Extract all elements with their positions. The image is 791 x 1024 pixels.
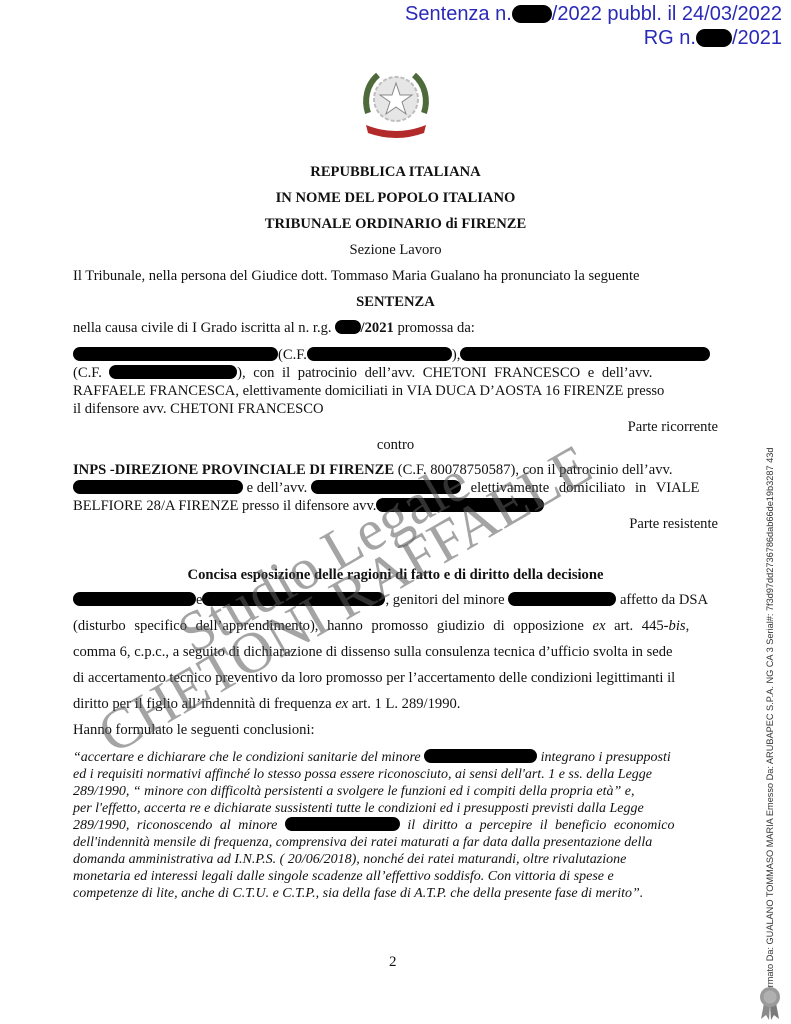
italian-republic-emblem-icon (356, 63, 436, 143)
body-line-1: e, genitori del minore affetto da DSA (73, 591, 718, 609)
parte-resistente-label: Parte resistente (73, 515, 718, 533)
page-number: 2 (389, 954, 397, 971)
body-line-5: diritto per il figlio all’indennità di f… (73, 695, 718, 713)
digital-signature-seal-icon[interactable] (757, 985, 783, 1021)
ricorrente-line-4: il difensore avv. CHETONI FRANCESCO (73, 400, 718, 418)
title-sentenza: SENTENZA (73, 293, 718, 311)
section-title: Concisa esposizione delle ragioni di fat… (73, 566, 718, 584)
quote-line-6: dell'indennità mensile di frequenza, com… (73, 834, 718, 852)
redaction (285, 817, 400, 831)
sentenza-header: Sentenza n./2022 pubbl. il 24/03/2022 (405, 3, 782, 25)
quote-line-2: ed i requisiti normativi affinché lo ste… (73, 766, 718, 784)
ricorrente-line-1: (C.F.), (73, 346, 718, 364)
body-line-2: (disturbo specifico dell’apprendimento),… (73, 617, 718, 635)
parte-ricorrente-label: Parte ricorrente (73, 418, 718, 436)
rg-header: RG n./2021 (644, 27, 782, 49)
redaction (307, 347, 452, 361)
redaction (376, 498, 544, 512)
rg-prefix: RG n. (644, 27, 696, 49)
title-tribunale: TRIBUNALE ORDINARIO di FIRENZE (73, 215, 718, 233)
redaction (424, 749, 537, 763)
intro-text: Il Tribunale, nella persona del Giudice … (73, 267, 718, 285)
sentenza-prefix: Sentenza n. (405, 3, 512, 25)
redaction (73, 347, 278, 361)
body-line-4: di accertamento tecnico preventivo da lo… (73, 669, 718, 687)
digital-signature-strip: Firmato Da: GUALANO TOMMASO MARIA Emesso… (765, 448, 775, 995)
redaction (335, 320, 361, 334)
title-in-nome: IN NOME DEL POPOLO ITALIANO (73, 189, 718, 207)
resistente-line-2: e dell’avv. elettivamente domiciliato in… (73, 479, 718, 497)
redaction (73, 592, 196, 606)
resistente-line-3: BELFIORE 28/A FIRENZE presso il difensor… (73, 497, 718, 515)
rg-year: /2021 (732, 27, 782, 49)
quote-line-1: “accertare e dichiarare che le condizion… (73, 749, 718, 767)
quote-line-8: monetaria ed interessi legali dalle sing… (73, 868, 718, 886)
ricorrente-line-3: RAFFAELE FRANCESCA, elettivamente domici… (73, 382, 718, 400)
redaction (696, 29, 732, 47)
resistente-line-1: INPS -DIREZIONE PROVINCIALE DI FIRENZE (… (73, 461, 718, 479)
sezione: Sezione Lavoro (73, 241, 718, 259)
contro: contro (73, 436, 718, 454)
redaction (73, 480, 243, 494)
redaction (512, 5, 552, 23)
quote-line-9: competenze di lite, anche di C.T.U. e C.… (73, 885, 718, 903)
quote-line-5: 289/1990, riconoscendo al minore il diri… (73, 817, 718, 835)
quote-line-7: domanda amministrativa ad I.N.P.S. ( 20/… (73, 851, 718, 869)
body-line-3: comma 6, c.p.c., a seguito di dichiarazi… (73, 643, 718, 661)
body-line-6: Hanno formulato le seguenti conclusioni: (73, 721, 718, 739)
redaction (460, 347, 710, 361)
ricorrente-line-2: (C.F. ), con il patrocinio dell’avv. CHE… (73, 364, 718, 382)
redaction (508, 592, 616, 606)
sentenza-date: /2022 pubbl. il 24/03/2022 (552, 3, 782, 25)
redaction (109, 365, 237, 379)
title-republic: REPUBBLICA ITALIANA (73, 163, 718, 181)
causa-line: nella causa civile di I Grado iscritta a… (73, 319, 718, 337)
redaction (311, 480, 461, 494)
quote-line-4: per l'effetto, accerta re e dichiarate s… (73, 800, 718, 818)
quote-line-3: 289/1990, “ minore con difficoltà persis… (73, 783, 718, 801)
redaction (202, 592, 385, 606)
